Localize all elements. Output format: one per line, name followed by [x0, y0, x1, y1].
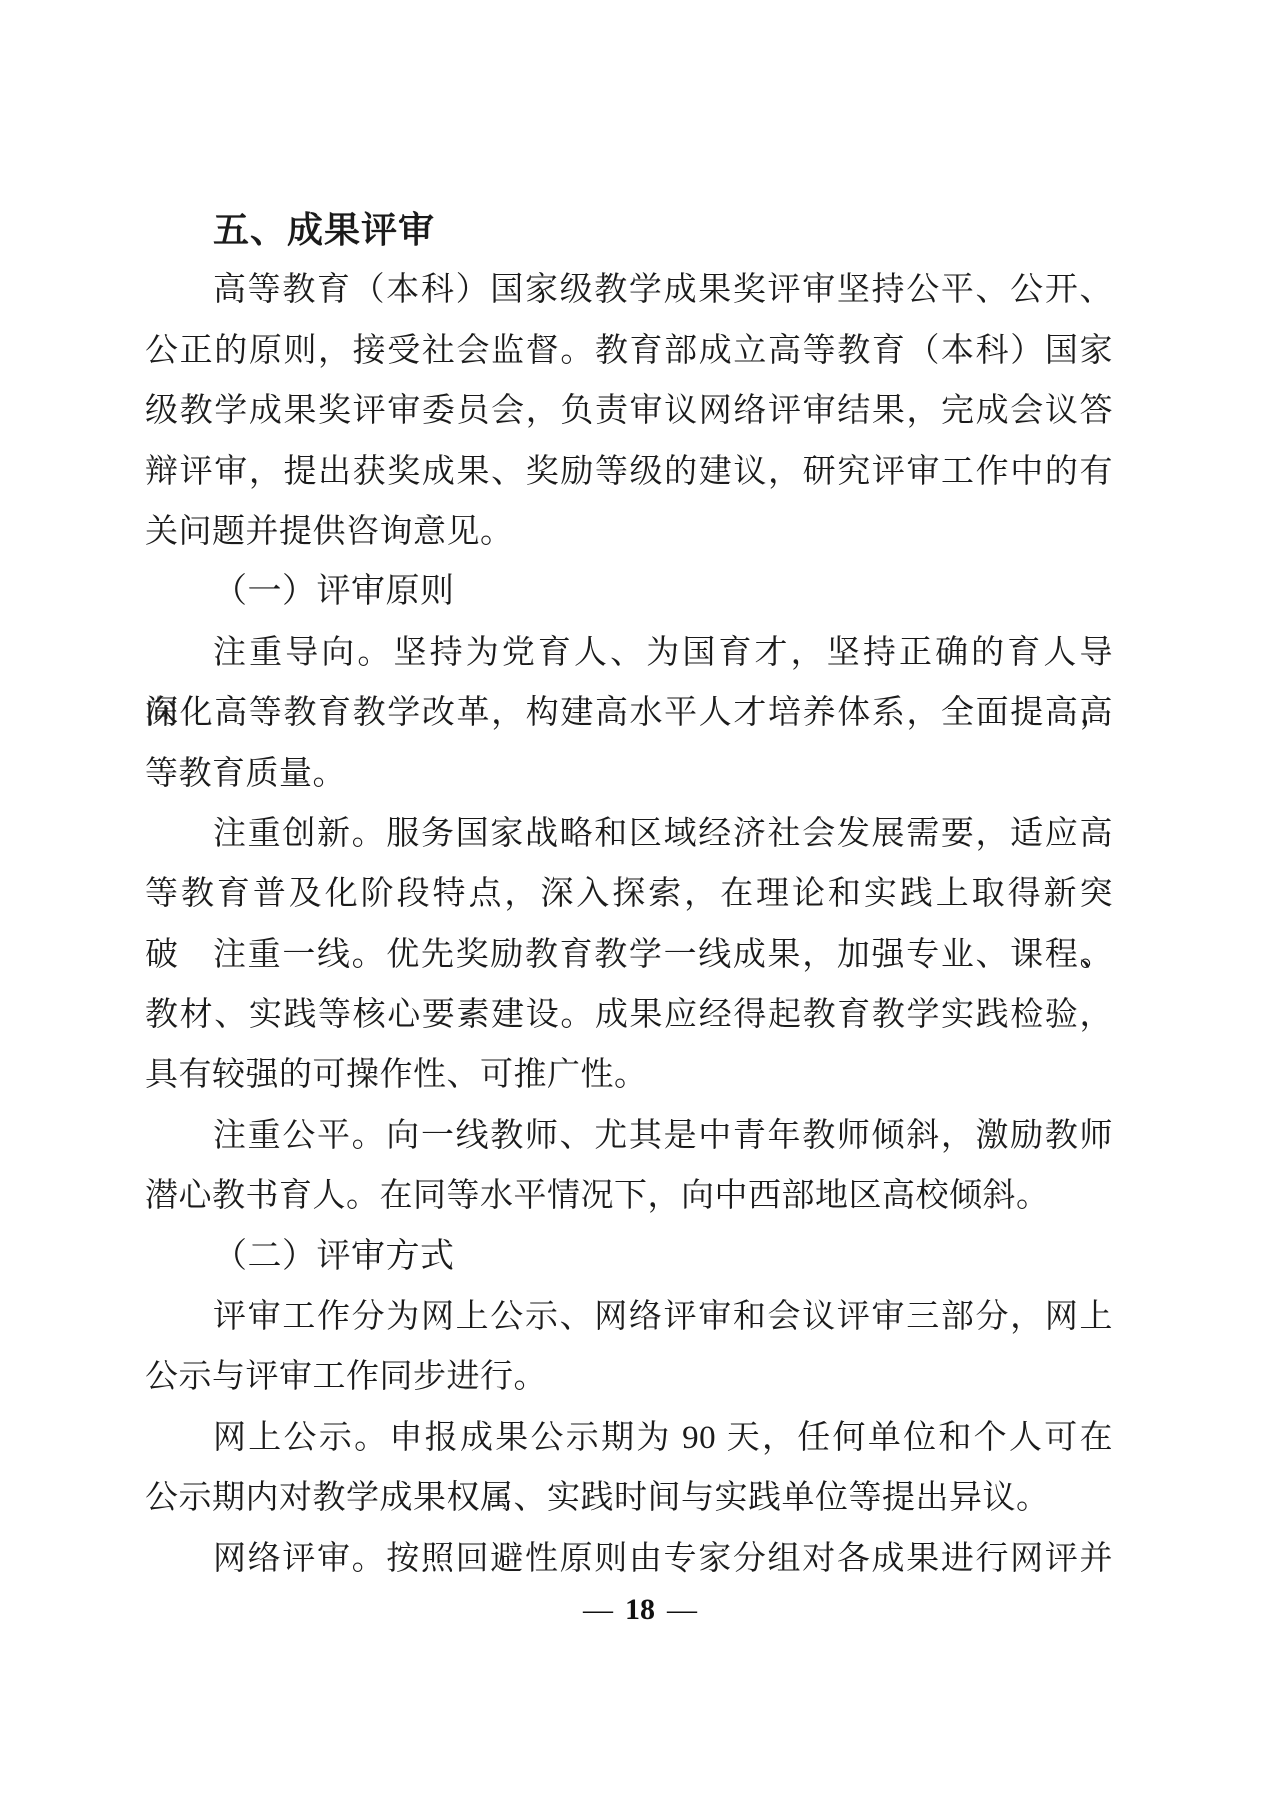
- sub-heading: （一）评审原则: [145, 562, 1113, 622]
- text-line: 公示期内对教学成果权属、实践时间与实践单位等提出异议。: [145, 1468, 1113, 1528]
- footer-dash-left: —: [583, 1593, 613, 1626]
- document-page: 五、成果评审高等教育（本科）国家级教学成果奖评审坚持公平、公开、公正的原则，接受…: [0, 0, 1280, 1810]
- text-line: 注重公平。向一线教师、尤其是中青年教师倾斜，激励教师: [145, 1106, 1113, 1166]
- text-line: 高等教育（本科）国家级教学成果奖评审坚持公平、公开、: [145, 260, 1113, 320]
- text-line: 公正的原则，接受社会监督。教育部成立高等教育（本科）国家: [145, 321, 1113, 381]
- footer-dash-right: —: [667, 1593, 697, 1626]
- text-line: 等教育质量。: [145, 744, 1113, 804]
- text-line: 潜心教书育人。在同等水平情况下，向中西部地区高校倾斜。: [145, 1166, 1113, 1226]
- text-line: 深化高等教育教学改革，构建高水平人才培养体系，全面提高高: [145, 683, 1113, 743]
- text-line: 网上公示。申报成果公示期为 90 天，任何单位和个人可在: [145, 1408, 1113, 1468]
- text-line: 教材、实践等核心要素建设。成果应经得起教育教学实践检验，: [145, 985, 1113, 1045]
- text-line: 关问题并提供咨询意见。: [145, 502, 1113, 562]
- text-line: 级教学成果奖评审委员会，负责审议网络评审结果，完成会议答: [145, 381, 1113, 441]
- text-line: 注重一线。优先奖励教育教学一线成果，加强专业、课程、: [145, 925, 1113, 985]
- text-line: 辩评审，提出获奖成果、奖励等级的建议，研究评审工作中的有: [145, 442, 1113, 502]
- text-line: 公示与评审工作同步进行。: [145, 1347, 1113, 1407]
- section-heading: 五、成果评审: [145, 200, 1113, 260]
- page-number: 18: [625, 1593, 655, 1626]
- text-line: 具有较强的可操作性、可推广性。: [145, 1045, 1113, 1105]
- text-line: 注重导向。坚持为党育人、为国育才，坚持正确的育人导向，: [145, 623, 1113, 683]
- text-line: 评审工作分为网上公示、网络评审和会议评审三部分，网上: [145, 1287, 1113, 1347]
- page-footer: —18—: [0, 1593, 1280, 1627]
- text-line: 网络评审。按照回避性原则由专家分组对各成果进行网评并: [145, 1529, 1113, 1589]
- document-body: 五、成果评审高等教育（本科）国家级教学成果奖评审坚持公平、公开、公正的原则，接受…: [145, 200, 1113, 1589]
- text-line: 注重创新。服务国家战略和区域经济社会发展需要，适应高: [145, 804, 1113, 864]
- sub-heading: （二）评审方式: [145, 1227, 1113, 1287]
- text-line: 等教育普及化阶段特点，深入探索，在理论和实践上取得新突破。: [145, 864, 1113, 924]
